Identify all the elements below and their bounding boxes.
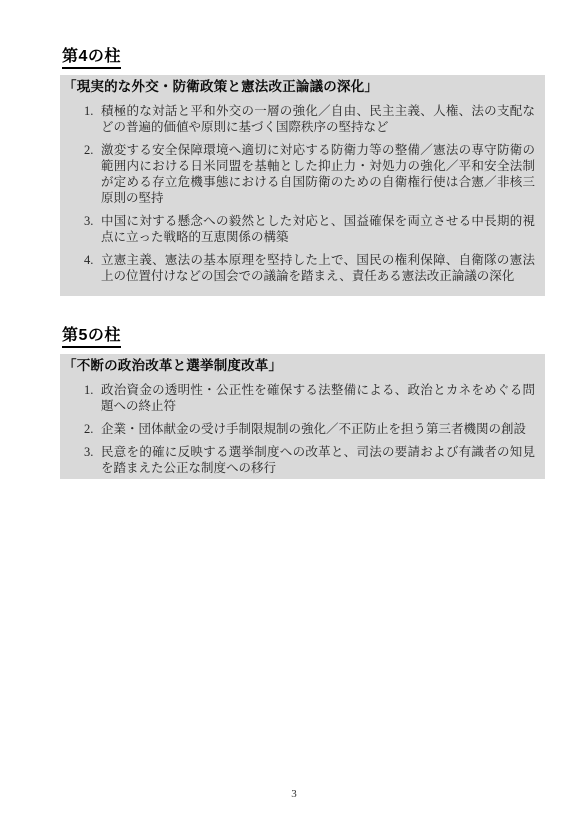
list-item-text: 民意を的確に反映する選挙制度への改革と、司法の要請および有識者の知見を踏まえた公…: [101, 445, 535, 475]
pillar-4-box: 「現実的な外交・防衛政策と憲法改正論議の深化」 1. 積極的な対話と平和外交の一…: [60, 75, 545, 296]
pillar-5-heading: 「不断の政治改革と選挙制度改革」: [63, 357, 535, 374]
list-item-number: 1.: [84, 103, 93, 119]
page-number: 3: [0, 788, 588, 800]
list-item-text: 政治資金の透明性・公正性を確保する法整備による、政治とカネをめぐる問題への終止符: [101, 383, 535, 413]
list-item: 3. 中国に対する懸念への毅然とした対応と、国益確保を両立させる中長期的視点に立…: [63, 213, 535, 245]
list-item: 3. 民意を的確に反映する選挙制度への改革と、司法の要請および有識者の知見を踏ま…: [63, 444, 535, 476]
list-item-text: 積極的な対話と平和外交の一層の強化／自由、民主主義、人権、法の支配などの普遍的価…: [101, 104, 535, 134]
section-pillar-4: 第4の柱 「現実的な外交・防衛政策と憲法改正論議の深化」 1. 積極的な対話と平…: [60, 47, 545, 296]
section-pillar-5: 第5の柱 「不断の政治改革と選挙制度改革」 1. 政治資金の透明性・公正性を確保…: [60, 326, 545, 479]
pillar-5-title-text: 第5の柱: [62, 326, 121, 348]
pillar-5-title: 第5の柱: [62, 326, 545, 348]
pillar-4-title: 第4の柱: [62, 47, 545, 69]
pillar-5-list: 1. 政治資金の透明性・公正性を確保する法整備による、政治とカネをめぐる問題への…: [63, 382, 535, 476]
list-item-number: 3.: [84, 213, 93, 229]
pillar-4-heading: 「現実的な外交・防衛政策と憲法改正論議の深化」: [63, 78, 535, 95]
list-item-number: 2.: [84, 142, 93, 158]
list-item-text: 激変する安全保障環境へ適切に対応する防衛力等の整備／憲法の専守防衛の範囲内におけ…: [101, 143, 535, 205]
list-item-text: 立憲主義、憲法の基本原理を堅持した上で、国民の権利保障、自衛隊の憲法上の位置付け…: [101, 253, 535, 283]
list-item: 2. 激変する安全保障環境へ適切に対応する防衛力等の整備／憲法の専守防衛の範囲内…: [63, 142, 535, 206]
page-content: 第4の柱 「現実的な外交・防衛政策と憲法改正論議の深化」 1. 積極的な対話と平…: [0, 0, 588, 479]
list-item-text: 中国に対する懸念への毅然とした対応と、国益確保を両立させる中長期的視点に立った戦…: [101, 214, 535, 244]
pillar-5-box: 「不断の政治改革と選挙制度改革」 1. 政治資金の透明性・公正性を確保する法整備…: [60, 354, 545, 479]
pillar-4-list: 1. 積極的な対話と平和外交の一層の強化／自由、民主主義、人権、法の支配などの普…: [63, 103, 535, 284]
pillar-4-title-text: 第4の柱: [62, 47, 121, 69]
list-item: 1. 積極的な対話と平和外交の一層の強化／自由、民主主義、人権、法の支配などの普…: [63, 103, 535, 135]
list-item-number: 3.: [84, 444, 93, 460]
list-item-number: 4.: [84, 252, 93, 268]
list-item: 1. 政治資金の透明性・公正性を確保する法整備による、政治とカネをめぐる問題への…: [63, 382, 535, 414]
list-item-number: 1.: [84, 382, 93, 398]
list-item-text: 企業・団体献金の受け手制限規制の強化／不正防止を担う第三者機関の創設: [101, 422, 526, 436]
document-page: 第4の柱 「現実的な外交・防衛政策と憲法改正論議の深化」 1. 積極的な対話と平…: [0, 0, 588, 831]
list-item: 2. 企業・団体献金の受け手制限規制の強化／不正防止を担う第三者機関の創設: [63, 421, 535, 437]
list-item-number: 2.: [84, 421, 93, 437]
list-item: 4. 立憲主義、憲法の基本原理を堅持した上で、国民の権利保障、自衛隊の憲法上の位…: [63, 252, 535, 284]
